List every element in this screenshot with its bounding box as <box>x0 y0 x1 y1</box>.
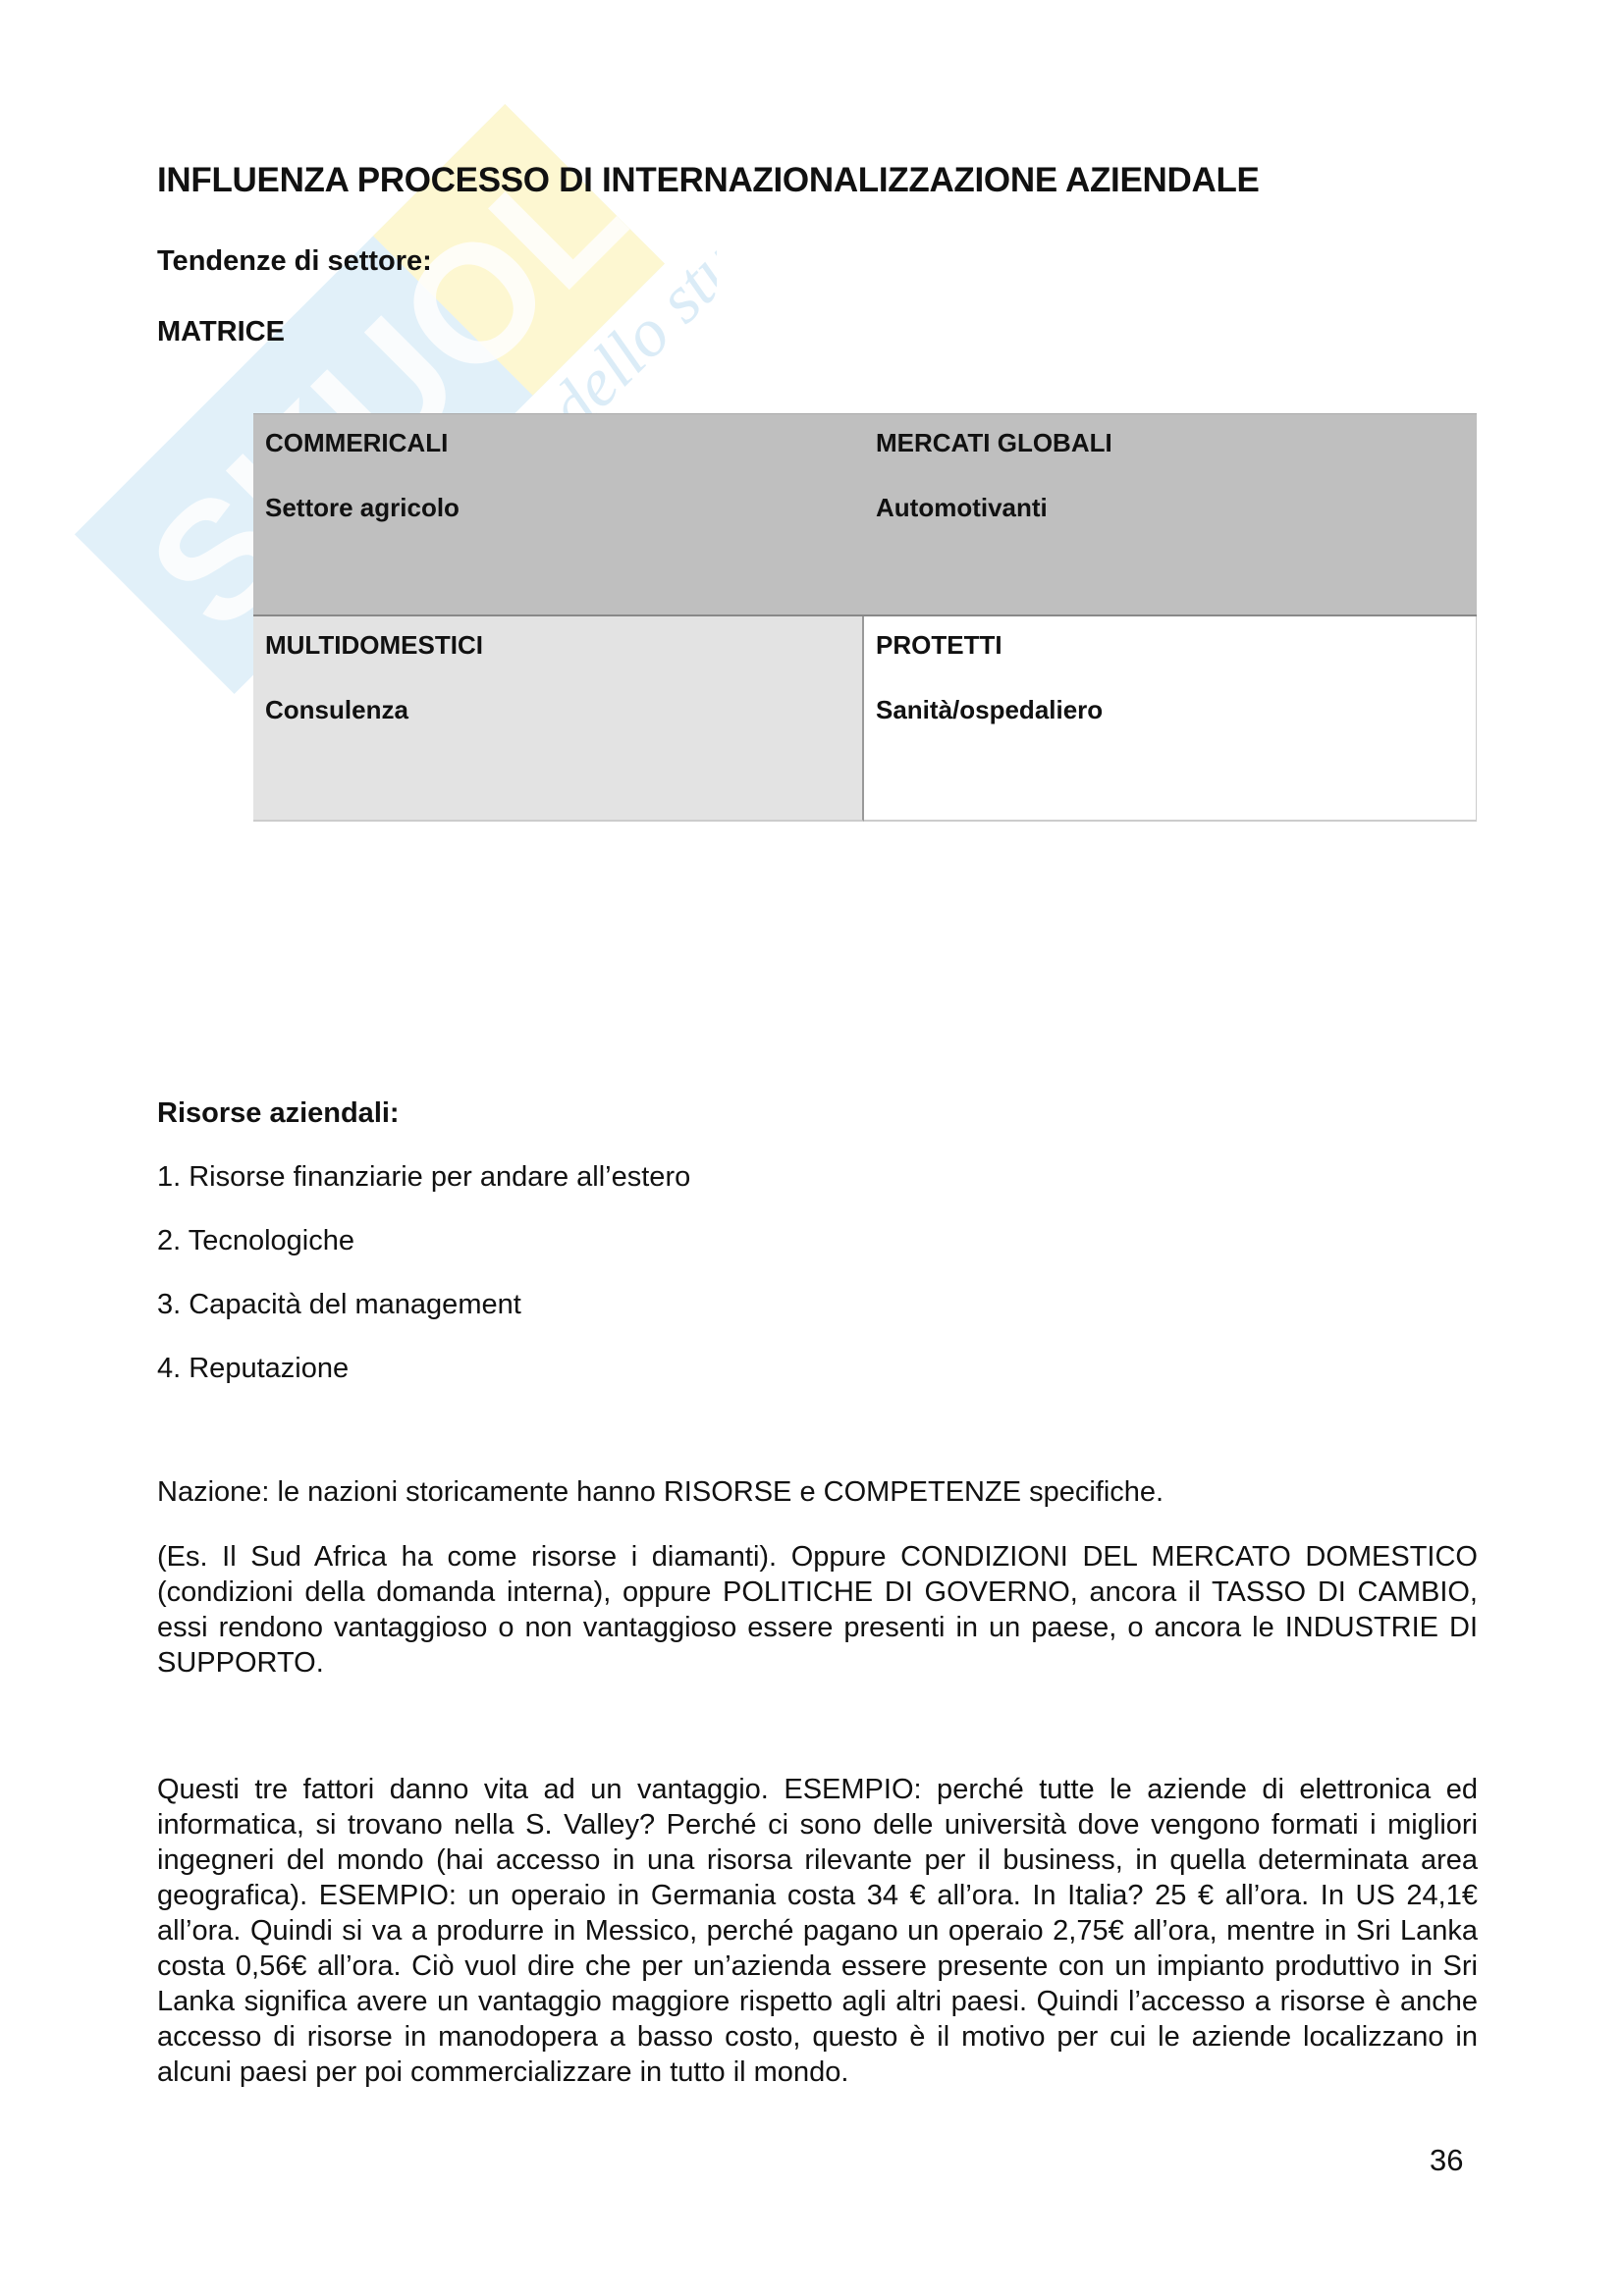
matrix-label: MATRICE <box>157 316 285 348</box>
list-item: 2. Tecnologiche <box>157 1225 354 1257</box>
list-item: 4. Reputazione <box>157 1353 349 1385</box>
matrix-cell-commerciali: COMMERICALI Settore agricolo <box>253 413 864 616</box>
cell-value: Consulenza <box>265 695 850 725</box>
list-item: 3. Capacità del management <box>157 1289 521 1321</box>
page-title: INFLUENZA PROCESSO DI INTERNAZIONALIZZAZ… <box>157 161 1260 200</box>
paragraph-esempio: Questi tre fattori danno vita ad un vant… <box>157 1772 1478 2090</box>
paragraph-condizioni: (Es. Il Sud Africa ha come risorse i dia… <box>157 1539 1478 1681</box>
industry-matrix: COMMERICALI Settore agricolo MERCATI GLO… <box>253 413 1477 822</box>
cell-value: Automotivanti <box>876 493 1465 523</box>
cell-label: COMMERICALI <box>265 428 852 467</box>
matrix-cell-protetti: PROTETTI Sanità/ospedaliero <box>864 616 1477 822</box>
cell-value: Settore agricolo <box>265 493 852 523</box>
cell-label: MERCATI GLOBALI <box>876 428 1465 467</box>
cell-label: MULTIDOMESTICI <box>265 630 850 669</box>
section-heading-tendenze: Tendenze di settore: <box>157 245 432 278</box>
list-item: 1. Risorse finanziarie per andare all’es… <box>157 1161 690 1194</box>
page-number: 36 <box>1430 2143 1463 2178</box>
matrix-cell-mercati-globali: MERCATI GLOBALI Automotivanti <box>864 413 1477 616</box>
section-heading-risorse: Risorse aziendali: <box>157 1097 400 1130</box>
cell-label: PROTETTI <box>876 630 1464 669</box>
cell-value: Sanità/ospedaliero <box>876 695 1464 725</box>
matrix-cell-multidomestici: MULTIDOMESTICI Consulenza <box>253 616 864 822</box>
paragraph-nazione: Nazione: le nazioni storicamente hanno R… <box>157 1474 1478 1510</box>
